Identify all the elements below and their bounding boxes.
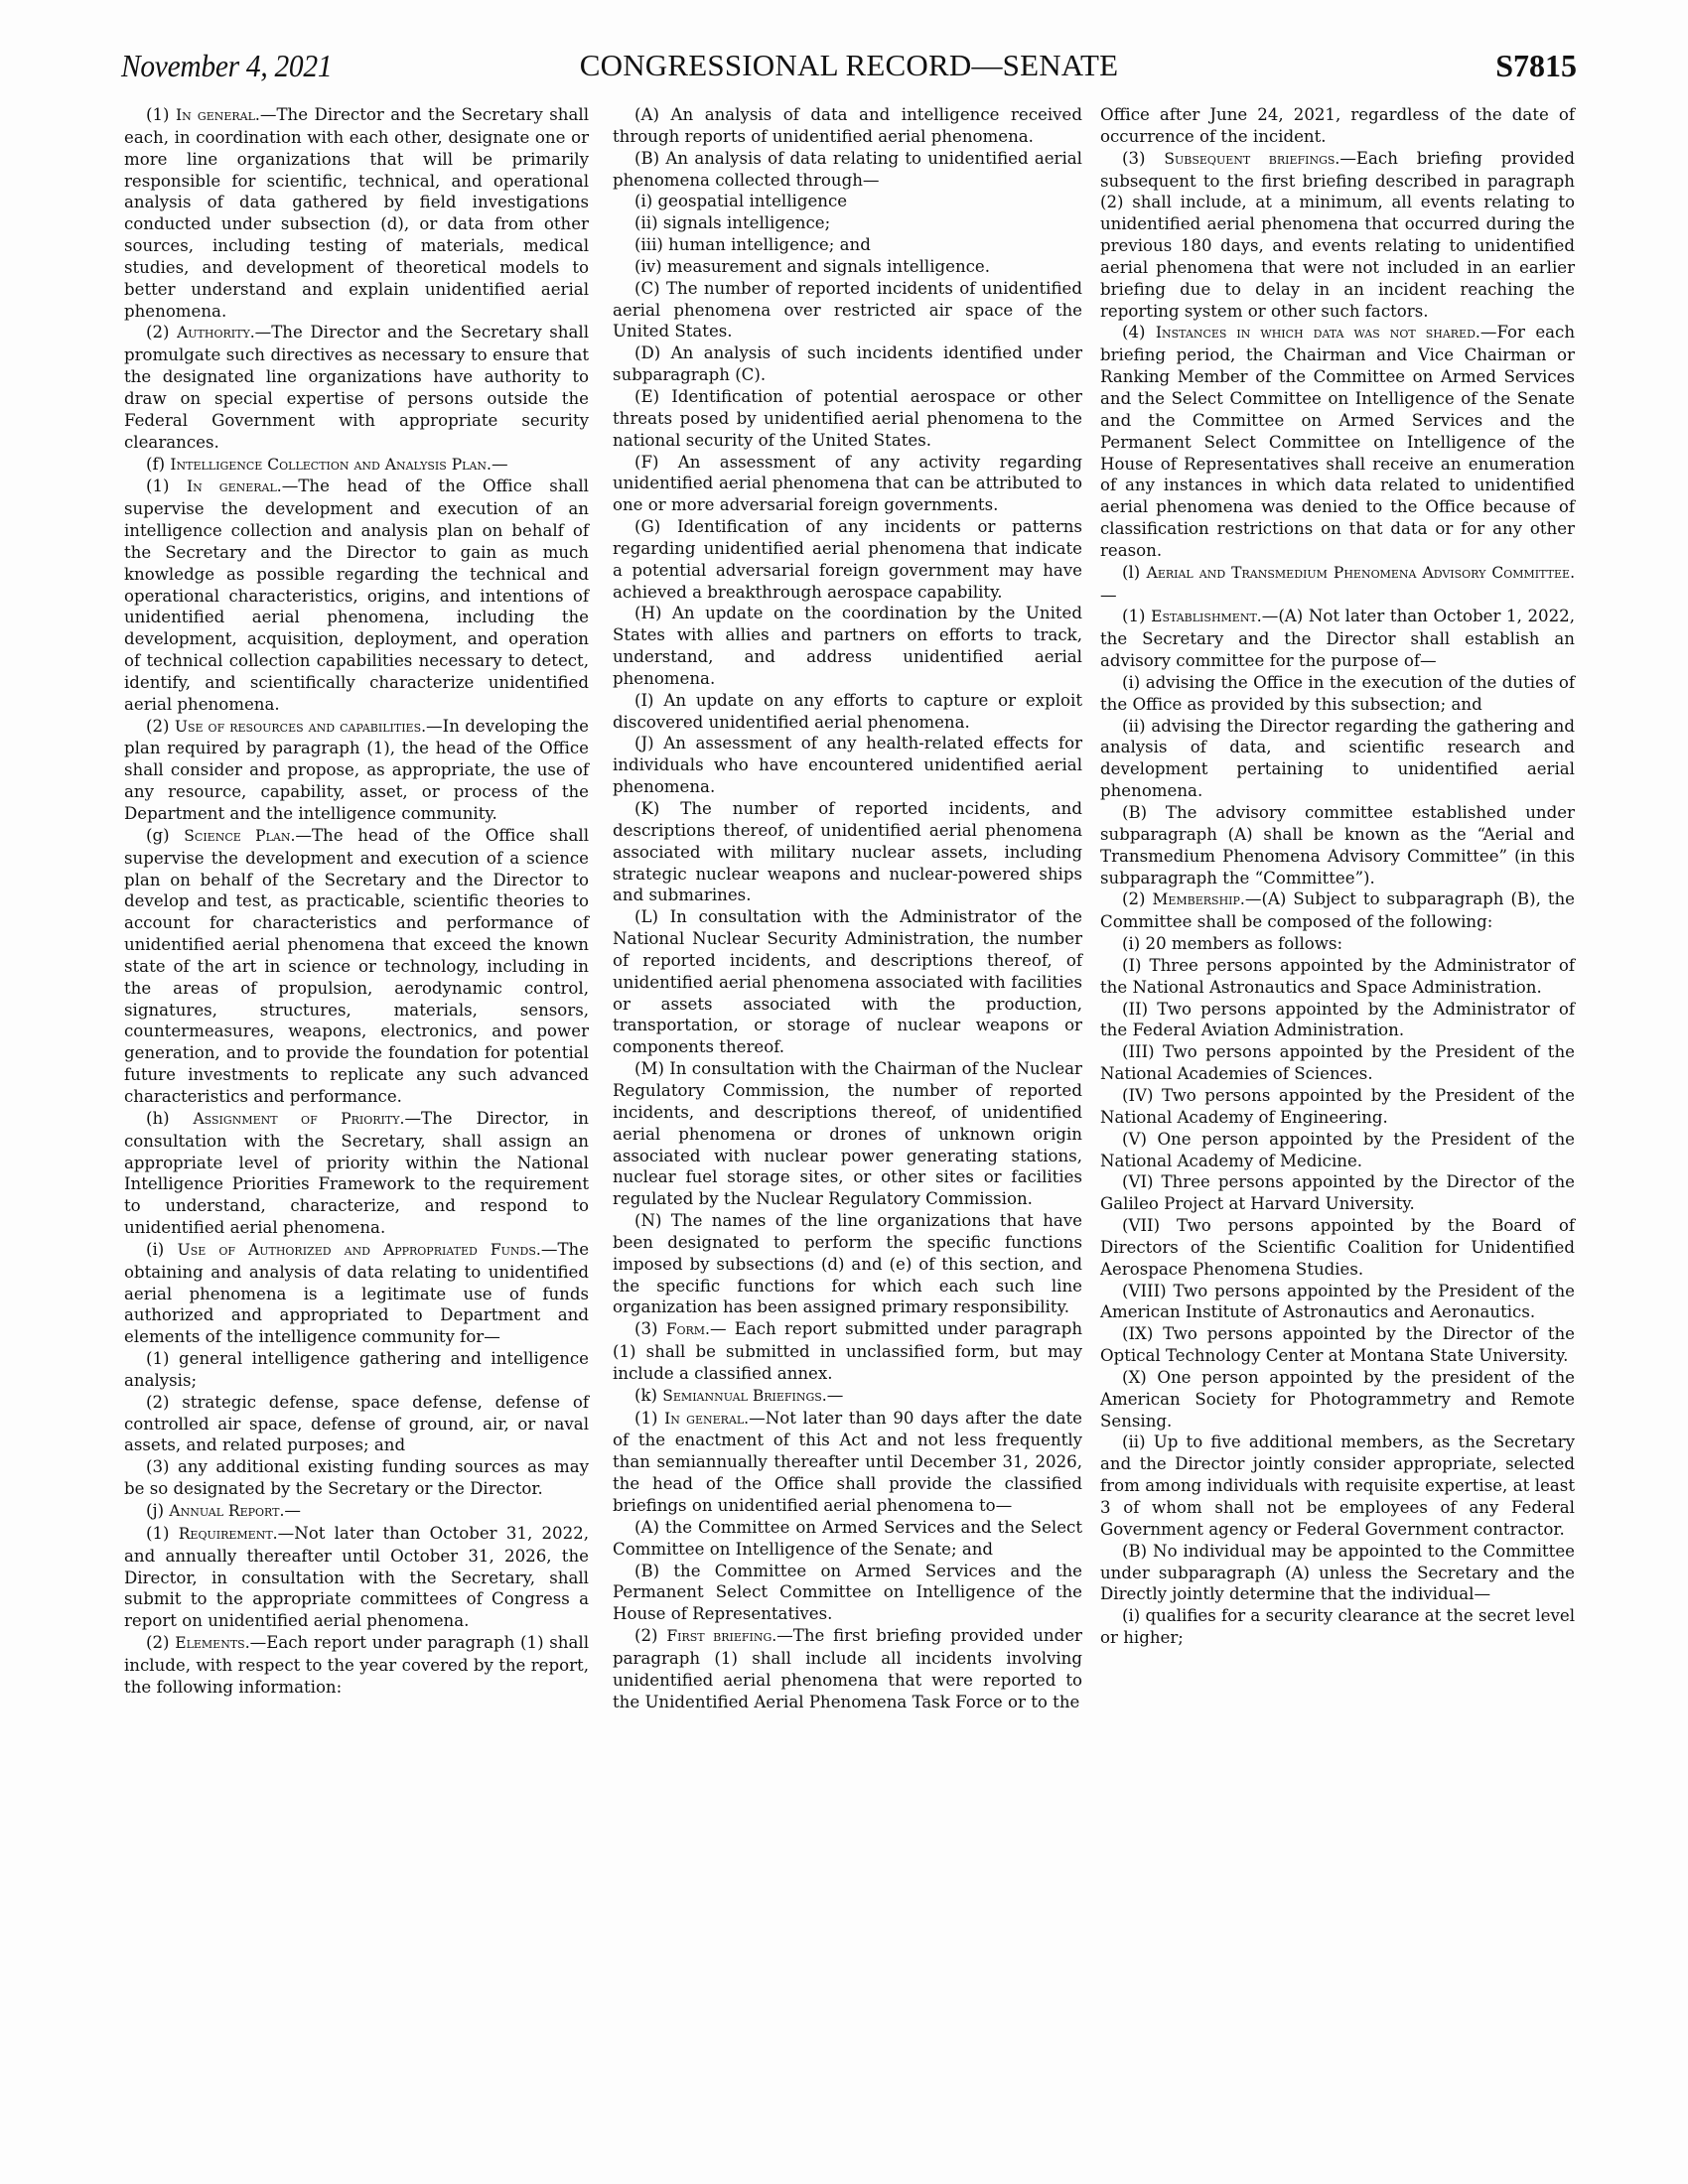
paragraph: (1) In general.—The Director and the Sec… [124,104,589,322]
paragraph-text: (A) An analysis of data and intelligence… [613,105,1082,146]
paragraph-text: (i) advising the Office in the execution… [1100,673,1575,714]
paragraph: (2) Elements.—Each report under paragrap… [124,1632,589,1699]
paragraph: (B) the Committee on Armed Services and … [613,1561,1082,1626]
paragraph: (iv) measurement and signals intelligenc… [613,256,1082,278]
paragraph-heading: Form. [666,1320,710,1338]
paragraph-text: — [827,1386,844,1405]
paragraph-text: (2) strategic defense, space defense, de… [124,1393,589,1455]
paragraph: (2) Use of resources and capabilities.—I… [124,716,589,825]
paragraph-heading: Membership. [1152,890,1244,908]
paragraph: (1) general intelligence gathering and i… [124,1348,589,1392]
paragraph: (ii) Up to five additional members, as t… [1100,1432,1575,1540]
paragraph-text: (II) Two persons appointed by the Admini… [1100,1000,1575,1040]
paragraph: (2) First briefing.—The first briefing p… [613,1625,1082,1712]
paragraph-label: (h) [146,1109,193,1128]
paragraph: (f) Intelligence Collection and Analysis… [124,454,589,477]
paragraph: (A) the Committee on Armed Services and … [613,1517,1082,1561]
paragraph-text: (i) qualifies for a security clearance a… [1100,1606,1575,1647]
paragraph-text: —The Director and the Secretary shall ea… [124,105,589,321]
paragraph-text: (ii) Up to five additional members, as t… [1100,1433,1575,1538]
paragraph-text: (X) One person appointed by the presiden… [1100,1368,1575,1431]
paragraph-text: (B) The advisory committee established u… [1100,803,1575,887]
paragraph-heading: Science Plan. [184,827,295,845]
paragraph: (III) Two persons appointed by the Presi… [1100,1041,1575,1085]
paragraph: (B) An analysis of data relating to unid… [613,148,1082,192]
paragraph-label: (4) [1122,323,1156,341]
page-header: November 4, 2021 CONGRESSIONAL RECORD—SE… [121,48,1577,91]
paragraph: (VI) Three persons appointed by the Dire… [1100,1171,1575,1215]
paragraph: (2) strategic defense, space defense, de… [124,1392,589,1457]
paragraph: (ii) advising the Director regarding the… [1100,716,1575,802]
paragraph-label: (3) [634,1319,666,1338]
document-page: November 4, 2021 CONGRESSIONAL RECORD—SE… [0,0,1688,2184]
paragraph-heading: Aerial and Transmedium Phenomena Advisor… [1147,564,1575,582]
paragraph-heading: Annual Report. [169,1502,284,1520]
column-right: Office after June 24, 2021, regardless o… [1100,104,1575,1649]
paragraph-label: (2) [1122,889,1152,908]
paragraph-label: (2) [146,717,175,736]
paragraph: (N) The names of the line organizations … [613,1210,1082,1318]
paragraph-heading: Authority. [177,324,255,341]
paragraph-heading: Intelligence Collection and Analysis Pla… [170,456,492,474]
header-page-number: S7815 [1495,48,1577,84]
paragraph: (K) The number of reported incidents, an… [613,798,1082,906]
column-left: (1) In general.—The Director and the Sec… [124,104,589,1699]
paragraph: (L) In consultation with the Administrat… [613,906,1082,1058]
paragraph: Office after June 24, 2021, regardless o… [1100,104,1575,148]
paragraph: (2) Authority.—The Director and the Secr… [124,322,589,453]
paragraph-heading: Instances in which data was not shared. [1156,324,1480,341]
paragraph-text: (ii) signals intelligence; [634,213,830,232]
paragraph-label: (1) [1122,607,1151,625]
paragraph-label: (2) [146,1633,175,1652]
paragraph-text: (I) An update on any efforts to capture … [613,691,1082,732]
paragraph-label: (1) [146,477,187,495]
paragraph-heading: In general. [187,478,282,495]
paragraph-heading: In general. [176,106,260,124]
paragraph: (3) any additional existing funding sour… [124,1456,589,1500]
paragraph-text: (VI) Three persons appointed by the Dire… [1100,1172,1575,1213]
paragraph-text: (iii) human intelligence; and [634,235,871,254]
paragraph-label: (2) [634,1626,666,1645]
paragraph-text: (B) An analysis of data relating to unid… [613,149,1082,190]
paragraph: (B) No individual may be appointed to th… [1100,1541,1575,1606]
paragraph: (II) Two persons appointed by the Admini… [1100,999,1575,1042]
paragraph-label: (i) [146,1240,178,1259]
paragraph: (V) One person appointed by the Presiden… [1100,1129,1575,1172]
paragraph-text: (A) the Committee on Armed Services and … [613,1518,1082,1559]
paragraph: (3) Form.— Each report submitted under p… [613,1318,1082,1385]
paragraph-text: —The head of the Office shall supervise … [124,477,589,713]
paragraph: (l) Aerial and Transmedium Phenomena Adv… [1100,562,1575,607]
paragraph-text: —Each briefing provided subsequent to th… [1100,149,1575,321]
paragraph: (J) An assessment of any health-related … [613,733,1082,798]
paragraph: (1) Requirement.—Not later than October … [124,1523,589,1632]
paragraph-heading: Semiannual Briefings. [662,1387,826,1405]
paragraph-text: (J) An assessment of any health-related … [613,734,1082,796]
paragraph-label: (1) [146,1524,179,1543]
paragraph-text: (V) One person appointed by the Presiden… [1100,1130,1575,1170]
paragraph: (I) An update on any efforts to capture … [613,690,1082,734]
paragraph-text: — [1100,586,1117,605]
paragraph-heading: Establishment. [1151,608,1262,625]
paragraph-label: (k) [634,1386,662,1405]
paragraph: (H) An update on the coordination by the… [613,603,1082,689]
paragraph: (i) geospatial intelligence [613,191,1082,212]
paragraph: (j) Annual Report.— [124,1500,589,1523]
paragraph-text: — [492,455,508,474]
paragraph-text: (3) any additional existing funding sour… [124,1457,589,1498]
paragraph-text: (iv) measurement and signals intelligenc… [634,257,990,276]
paragraph-heading: Elements. [175,1634,249,1652]
paragraph-heading: First briefing. [666,1627,776,1645]
paragraph: (1) Establishment.—(A) Not later than Oc… [1100,606,1575,672]
paragraph-text: (B) No individual may be appointed to th… [1100,1542,1575,1604]
paragraph: (3) Subsequent briefings.—Each briefing … [1100,148,1575,323]
paragraph-text: (IV) Two persons appointed by the Presid… [1100,1086,1575,1127]
paragraph: (E) Identification of potential aerospac… [613,386,1082,452]
paragraph-text: (M) In consultation with the Chairman of… [613,1059,1082,1208]
paragraph-label: (3) [1122,149,1164,168]
paragraph-text: (III) Two persons appointed by the Presi… [1100,1042,1575,1083]
paragraph: (ii) signals intelligence; [613,212,1082,234]
paragraph: (2) Membership.—(A) Subject to subparagr… [1100,888,1575,933]
paragraph-text: —The Director, in consultation with the … [124,1109,589,1237]
paragraph-text: (H) An update on the coordination by the… [613,604,1082,688]
paragraph-text: (VII) Two persons appointed by the Board… [1100,1216,1575,1279]
paragraph-text: (VIII) Two persons appointed by the Pres… [1100,1282,1575,1322]
paragraph: (B) The advisory committee established u… [1100,802,1575,888]
paragraph-text: (I) Three persons appointed by the Admin… [1100,956,1575,997]
paragraph-heading: Requirement. [179,1525,278,1543]
paragraph-text: (N) The names of the line organizations … [613,1211,1082,1316]
paragraph-text: (E) Identification of potential aerospac… [613,387,1082,450]
paragraph: (1) In general.—The head of the Office s… [124,476,589,715]
paragraph-heading: Assignment of Priority. [193,1110,404,1128]
paragraph: (F) An assessment of any activity regard… [613,452,1082,517]
paragraph-label: (1) [634,1409,664,1428]
paragraph-text: —The head of the Office shall supervise … [124,826,589,1106]
paragraph: (1) In general.—Not later than 90 days a… [613,1408,1082,1517]
header-title: CONGRESSIONAL RECORD—SENATE [121,48,1577,83]
paragraph: (A) An analysis of data and intelligence… [613,104,1082,148]
paragraph-label: (1) [146,105,176,124]
paragraph-label: (2) [146,323,177,341]
paragraph: (IV) Two persons appointed by the Presid… [1100,1085,1575,1129]
paragraph-text: — [284,1501,301,1520]
paragraph-text: (ii) advising the Director regarding the… [1100,717,1575,801]
paragraph-heading: Use of resources and capabilities. [175,718,426,736]
paragraph: (k) Semiannual Briefings.— [613,1385,1082,1408]
paragraph-text: (D) An analysis of such incidents identi… [613,343,1082,384]
column-middle: (A) An analysis of data and intelligence… [613,104,1082,1712]
paragraph-heading: In general. [664,1410,749,1428]
paragraph-text: —For each briefing period, the Chairman … [1100,323,1575,559]
paragraph-text: (IX) Two persons appointed by the Direct… [1100,1324,1575,1365]
paragraph: (G) Identification of any incidents or p… [613,516,1082,603]
paragraph: (M) In consultation with the Chairman of… [613,1058,1082,1210]
paragraph: (iii) human intelligence; and [613,234,1082,256]
paragraph: (C) The number of reported incidents of … [613,278,1082,343]
paragraph: (D) An analysis of such incidents identi… [613,342,1082,386]
paragraph: (IX) Two persons appointed by the Direct… [1100,1323,1575,1367]
paragraph: (I) Three persons appointed by the Admin… [1100,955,1575,999]
paragraph-text: (i) 20 members as follows: [1122,934,1342,953]
paragraph-label: (g) [146,826,184,845]
paragraph-text: (G) Identification of any incidents or p… [613,517,1082,602]
paragraph-label: (j) [146,1501,169,1520]
paragraph: (g) Science Plan.—The head of the Office… [124,825,589,1108]
paragraph: (h) Assignment of Priority.—The Director… [124,1108,589,1239]
paragraph: (VIII) Two persons appointed by the Pres… [1100,1281,1575,1324]
paragraph-text: Office after June 24, 2021, regardless o… [1100,105,1575,146]
paragraph-text: (L) In consultation with the Administrat… [613,907,1082,1056]
paragraph-text: (i) geospatial intelligence [634,192,847,210]
paragraph: (i) Use of Authorized and Appropriated F… [124,1239,589,1348]
paragraph: (4) Instances in which data was not shar… [1100,322,1575,561]
paragraph-label: (l) [1122,563,1147,582]
paragraph: (i) qualifies for a security clearance a… [1100,1605,1575,1649]
paragraph-text: (K) The number of reported incidents, an… [613,799,1082,904]
paragraph-text: (F) An assessment of any activity regard… [613,453,1082,515]
paragraph-label: (f) [146,455,170,474]
paragraph: (i) advising the Office in the execution… [1100,672,1575,716]
paragraph-text: (B) the Committee on Armed Services and … [613,1562,1082,1624]
paragraph-heading: Subsequent briefings. [1164,150,1339,168]
paragraph-heading: Use of Authorized and Appropriated Funds… [178,1241,541,1259]
paragraph: (VII) Two persons appointed by the Board… [1100,1215,1575,1281]
paragraph: (X) One person appointed by the presiden… [1100,1367,1575,1433]
paragraph-text: (C) The number of reported incidents of … [613,279,1082,341]
paragraph-text: —The Director and the Secretary shall pr… [124,323,589,451]
paragraph-text: (1) general intelligence gathering and i… [124,1349,589,1390]
paragraph: (i) 20 members as follows: [1100,933,1575,955]
